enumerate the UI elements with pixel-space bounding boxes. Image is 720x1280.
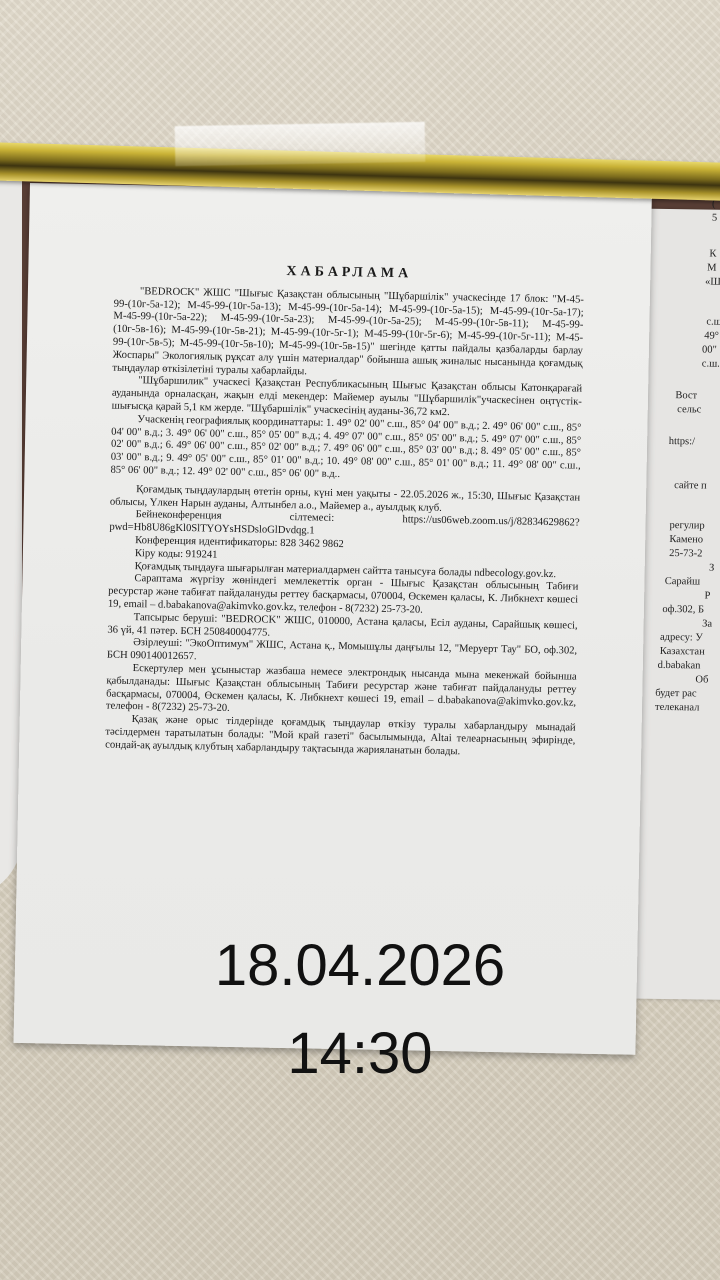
right-sheet-fragment: Казахстан <box>660 645 705 659</box>
timestamp-date: 18.04.2026 <box>0 937 720 995</box>
right-sheet-fragment: М <box>707 262 717 275</box>
right-sheet-fragment: оф.302, Б <box>662 603 704 617</box>
right-sheet-fragment: Сарайш <box>665 575 700 588</box>
right-sheet-fragment: сельс <box>677 403 701 416</box>
right-sheet-fragment: 00" <box>702 343 717 356</box>
right-sheet-fragment: адресу: У <box>660 631 703 645</box>
right-sheet-fragment: с.ш. <box>702 357 720 370</box>
right-sheet-fragment: телеканал <box>655 701 700 715</box>
right-sheet-text-fragments: 5(5КМ«Шс.ш.49°00"с.ш.Востсельсhttps:/сай… <box>668 209 720 210</box>
paragraph-coordinates: Учаскенің географиялық координаттары: 1.… <box>110 413 581 486</box>
right-sheet-fragment: Камено <box>669 533 703 546</box>
right-sheet-fragment: 5 <box>712 212 717 225</box>
right-sheet-fragment: З <box>709 562 714 575</box>
right-sheet-fragment: За <box>702 617 712 630</box>
tape-glare <box>175 122 426 166</box>
paragraph-comments: Ескертулер мен ұсыныстар жазбаша немесе … <box>106 662 577 722</box>
right-sheet-fragment: регулир <box>669 519 704 532</box>
right-sheet-fragment: Вост <box>675 389 697 402</box>
notice-document: ХАБАРЛАМА "BEDROCK" ЖШС "Шығыс Қазақстан… <box>105 263 584 761</box>
paragraph-distribution: Қазақ және орыс тілдерінде қоғамдық тыңд… <box>105 714 576 761</box>
right-sheet-fragment: https:/ <box>669 435 695 448</box>
right-sheet-fragment: Р <box>705 590 711 603</box>
right-sheet-fragment: 25-73-2 <box>669 547 702 560</box>
right-sheet-fragment: К <box>709 248 716 261</box>
timestamp-time: 14:30 <box>0 1025 720 1083</box>
right-sheet-fragment: будет рас <box>655 687 697 701</box>
paragraph-intro: "BEDROCK" ЖШС "Шығыс Қазақстан облысының… <box>112 285 584 384</box>
right-sheet-fragment: d.babakan <box>658 659 701 673</box>
notice-sheet: ХАБАРЛАМА "BEDROCK" ЖШС "Шығыс Қазақстан… <box>13 183 651 1055</box>
notice-title: ХАБАРЛАМА <box>114 263 584 285</box>
right-sheet-fragment: «Ш <box>705 276 720 289</box>
right-sheet-fragment: сайте п <box>674 479 707 492</box>
right-sheet-fragment: с.ш. <box>706 316 720 329</box>
right-sheet-fragment: Об <box>695 673 708 686</box>
right-sheet-fragment: 49° <box>704 329 719 342</box>
